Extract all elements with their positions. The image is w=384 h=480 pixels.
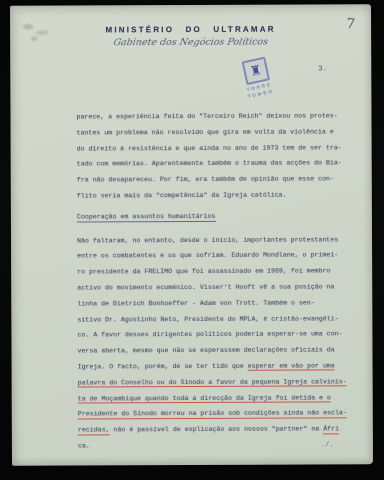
- typed-line: fra não desapareceu. Por fim, era também…: [77, 172, 349, 189]
- typed-line: tado com memórias. Aparentemente também …: [77, 156, 349, 173]
- typed-line: linha de Dietrich Bonhoeffer - Adam von …: [77, 295, 349, 312]
- typed-line: versa aberta, mesmo que não se esperasse…: [77, 342, 349, 359]
- typed-line: Presidente do Sínodo morreu na prisão so…: [78, 406, 350, 423]
- typed-text: do direito à resistência e que ainda no …: [77, 144, 342, 152]
- typed-line: recidas, não é passível de explicação ao…: [78, 421, 350, 438]
- typed-text: tado com memórias. Aparentemente também …: [77, 160, 342, 168]
- red-underlined-text: esperar em vão por uma: [248, 362, 335, 371]
- paragraph-2: Não faltaram, no entanto, desde o início…: [77, 232, 350, 454]
- ministry-title: MINISTÉRIO DO ULTRAMAR: [10, 24, 371, 35]
- typed-line: palavra do Conselho ou do Sínodo a favor…: [78, 374, 350, 391]
- document-page: MINISTÉRIO DO ULTRAMAR Gabinete dos Negó…: [10, 4, 373, 466]
- typed-line: activo do movimento ecuménico. Visser't …: [77, 279, 349, 296]
- section-heading-text: Cooperação em assuntos humanitários: [77, 213, 216, 223]
- red-underlined-text: Presidente do Sínodo morreu na prisão so…: [78, 410, 347, 420]
- tower-icon: ♜: [249, 63, 263, 78]
- typed-body: parece, a experiência feita do "Terceiro…: [76, 108, 350, 454]
- paragraph-1: parece, a experiência feita do "Terceiro…: [76, 108, 348, 204]
- typed-text: Não faltaram, no entanto, desde o início…: [77, 236, 338, 244]
- typed-line: co. A favor desses dirigentes políticos …: [77, 327, 349, 344]
- typed-line: entre os combatentes e os que sofriam. E…: [77, 248, 349, 265]
- typed-line: do direito à resistência e que ainda no …: [77, 140, 349, 157]
- typed-line: parece, a experiência feita do "Terceiro…: [76, 108, 348, 125]
- typed-text: co. A favor desses dirigentes políticos …: [77, 331, 342, 339]
- continuation-mark: ./.: [321, 441, 334, 449]
- office-subtitle: Gabinete dos Negócios Políticos: [9, 36, 372, 49]
- typed-text: entre os combatentes e os que sofriam. E…: [77, 252, 338, 260]
- red-underlined-text: Áfri: [323, 425, 339, 434]
- typed-text: sitivo Dr. Agostinho Neto, Presidente do…: [77, 315, 338, 323]
- page-number: 3.: [318, 65, 327, 73]
- typed-text: flito seria mais da "competência" da Igr…: [77, 192, 287, 200]
- stamp-border: ♜: [242, 57, 271, 86]
- red-underlined-text: palavra do Conselho ou do Sínodo a favor…: [78, 378, 347, 388]
- typed-line: ro presidente da FRELIMO que foi assassi…: [77, 263, 349, 280]
- handwritten-folio-number: 7: [345, 16, 355, 33]
- typed-line: Não faltaram, no entanto, desde o início…: [77, 232, 349, 249]
- typed-text: activo do movimento ecuménico. Visser't …: [77, 283, 334, 291]
- typed-text: fra não desapareceu. Por fim, era também…: [77, 176, 334, 184]
- typed-text: parece, a experiência feita do "Terceiro…: [76, 112, 337, 120]
- red-underlined-text: ta de Moçambique quando toda a direcção …: [78, 394, 331, 404]
- typed-line: Igreja. O facto, porém, de se ter tido q…: [78, 358, 350, 375]
- letterhead: MINISTÉRIO DO ULTRAMAR Gabinete dos Negó…: [10, 24, 371, 49]
- archive-stamp: ♜ TORRE TOMBO: [234, 55, 281, 101]
- typed-text: linha de Dietrich Bonhoeffer - Adam von …: [77, 299, 314, 307]
- typed-text: tantes um problema não resolvido que gir…: [77, 128, 334, 136]
- typed-line: flito seria mais da "competência" da Igr…: [77, 187, 349, 204]
- red-underlined-text: recidas,: [78, 427, 110, 436]
- typed-text: Igreja. O facto, porém, de se ter tido q…: [78, 363, 248, 371]
- typed-text: não é passível de explicação aos nossos …: [109, 426, 323, 434]
- typed-line: tantes um problema não resolvido que gir…: [77, 124, 349, 141]
- section-heading: Cooperação em assuntos humanitários: [77, 208, 349, 225]
- typed-line: sitivo Dr. Agostinho Neto, Presidente do…: [77, 311, 349, 328]
- typed-line: ta de Moçambique quando toda a direcção …: [78, 390, 350, 407]
- typed-line: ca.: [78, 437, 350, 454]
- typed-text: ro presidente da FRELIMO que foi assassi…: [77, 268, 330, 276]
- typed-text: ca.: [78, 442, 90, 449]
- typed-text: versa aberta, mesmo que não se esperasse…: [77, 347, 334, 355]
